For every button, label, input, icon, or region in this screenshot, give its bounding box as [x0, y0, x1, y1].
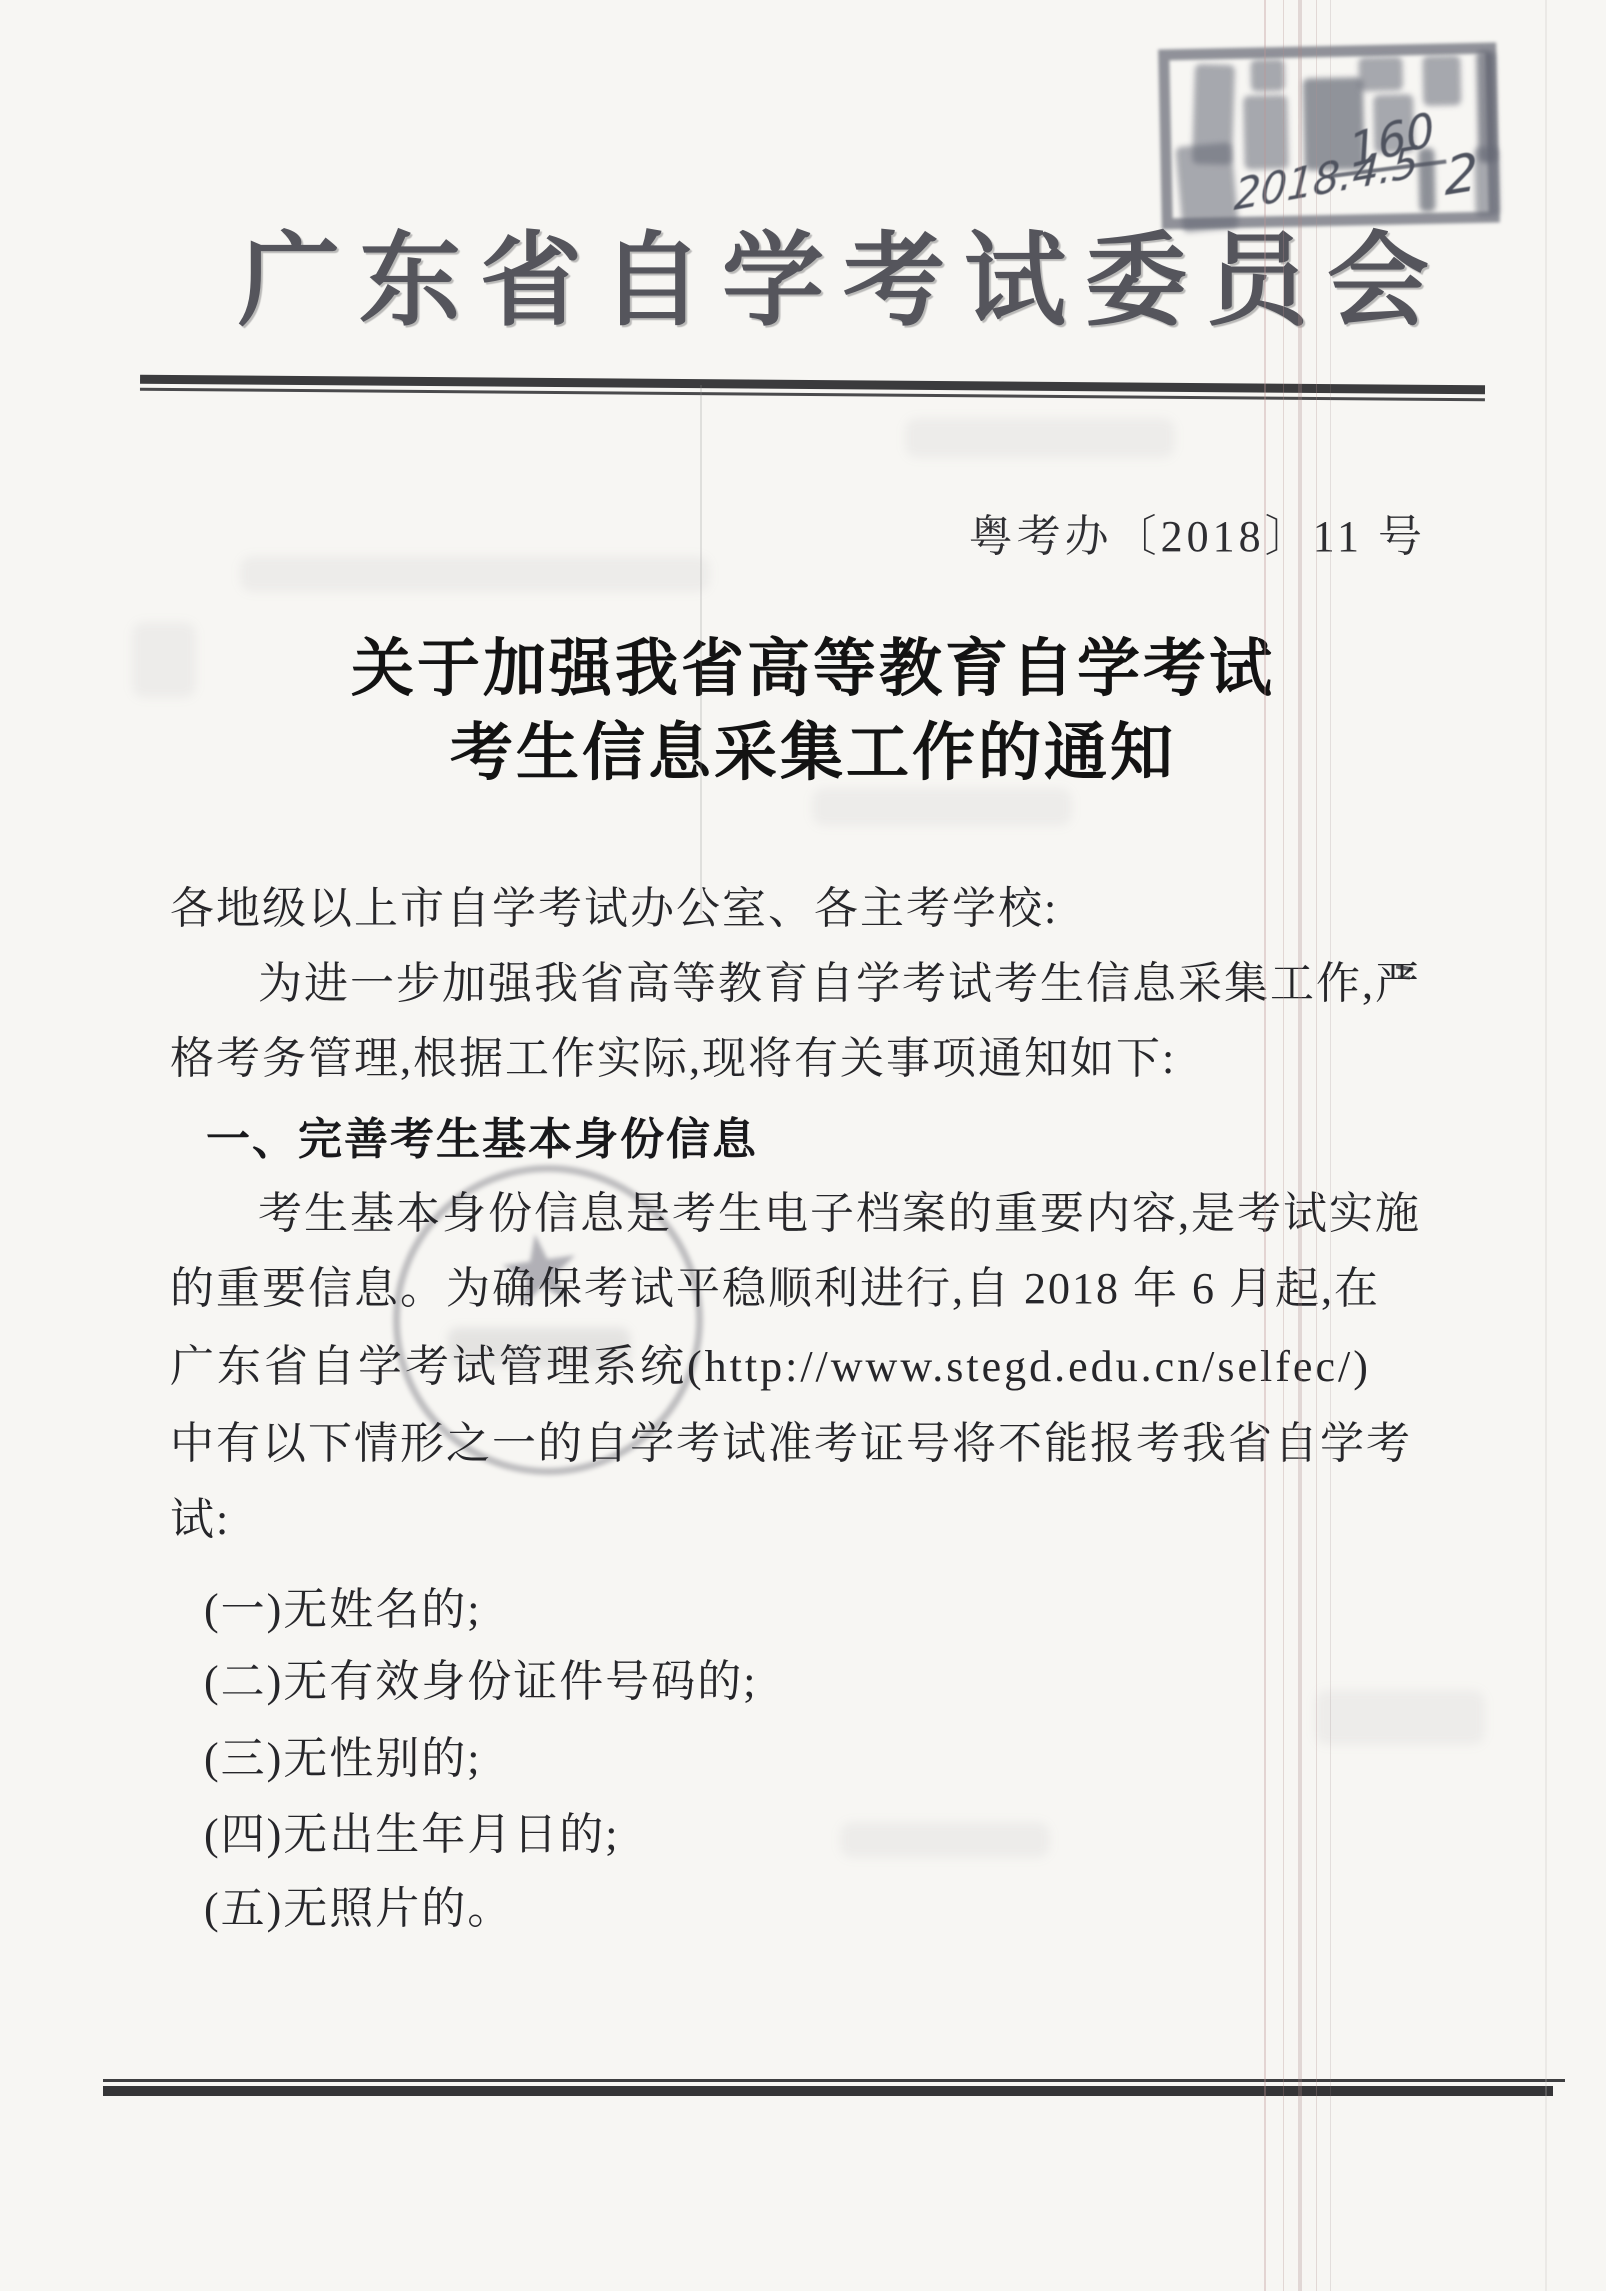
doc-number: 粤考办〔2018〕11 号: [969, 500, 1426, 564]
stamp-glyph-smudge: [1175, 142, 1239, 233]
notice-title-line2: 考生信息采集工作的通知: [0, 722, 1606, 785]
para2-line1: 考生基本身份信息是考生电子档案的重要内容,是考试实施: [258, 1187, 1421, 1241]
footer-double-rule: [103, 2079, 1568, 2096]
bleedthrough-smudge: [905, 418, 1175, 458]
rule-thick: [103, 2086, 1553, 2096]
stamp-glyph-smudge: [1474, 146, 1499, 216]
stamp-handwritten-code: 2: [1445, 146, 1478, 204]
list-item-4: (四)无出生年月日的;: [204, 1808, 620, 1862]
scanned-notice-page: ★ 广东省自学考试委员会 粤考办〔2018〕11 号 关于加强我省高等教育自学考…: [0, 0, 1606, 2291]
scan-streak: [1298, 0, 1302, 2291]
scan-streak: [1316, 0, 1317, 2291]
bleedthrough-smudge: [1315, 1690, 1485, 1745]
scan-streak: [1545, 0, 1547, 2291]
stamp-glyph-smudge: [1358, 56, 1403, 91]
scan-streak: [1264, 0, 1266, 2291]
stamp-glyph-smudge: [1250, 59, 1285, 92]
list-item-1: (一)无姓名的;: [204, 1583, 482, 1637]
section1-heading: 一、完善考生基本身份信息: [206, 1113, 758, 1167]
stamp-glyph-smudge: [1422, 55, 1461, 106]
salutation: 各地级以上市自学考试办公室、各主考学校:: [170, 882, 1058, 936]
para1-line2: 格考务管理,根据工作实际,现将有关事项通知如下:: [170, 1032, 1176, 1086]
para1-line1: 为进一步加强我省高等教育自学考试考生信息采集工作,严: [258, 957, 1421, 1011]
para2-line3-url: 广东省自学考试管理系统(http://www.stegd.edu.cn/self…: [170, 1340, 1371, 1394]
list-item-2: (二)无有效身份证件号码的;: [204, 1655, 758, 1709]
list-item-3: (三)无性别的;: [204, 1732, 482, 1786]
para2-line5: 试:: [170, 1493, 230, 1547]
para2-line4: 中有以下情形之一的自学考试准考证号将不能报考我省自学考: [170, 1417, 1412, 1471]
rule-thin: [103, 2079, 1565, 2082]
notice-title-line1: 关于加强我省高等教育自学考试: [0, 638, 1606, 701]
letterhead-title: 广东省自学考试委员会: [238, 232, 1448, 334]
bleedthrough-smudge: [240, 556, 710, 592]
paper-crease: [700, 385, 702, 915]
bleedthrough-smudge: [812, 788, 1072, 826]
receipt-stamp: 160 2018.4.5 2: [1158, 42, 1500, 229]
bleedthrough-smudge: [840, 1822, 1050, 1858]
scan-streak: [1283, 0, 1284, 2291]
scan-streak: [1330, 0, 1331, 2291]
list-item-5: (五)无照片的。: [204, 1882, 513, 1936]
para2-line2: 的重要信息。为确保考试平稳顺利进行,自 2018 年 6 月起,在: [170, 1262, 1380, 1316]
